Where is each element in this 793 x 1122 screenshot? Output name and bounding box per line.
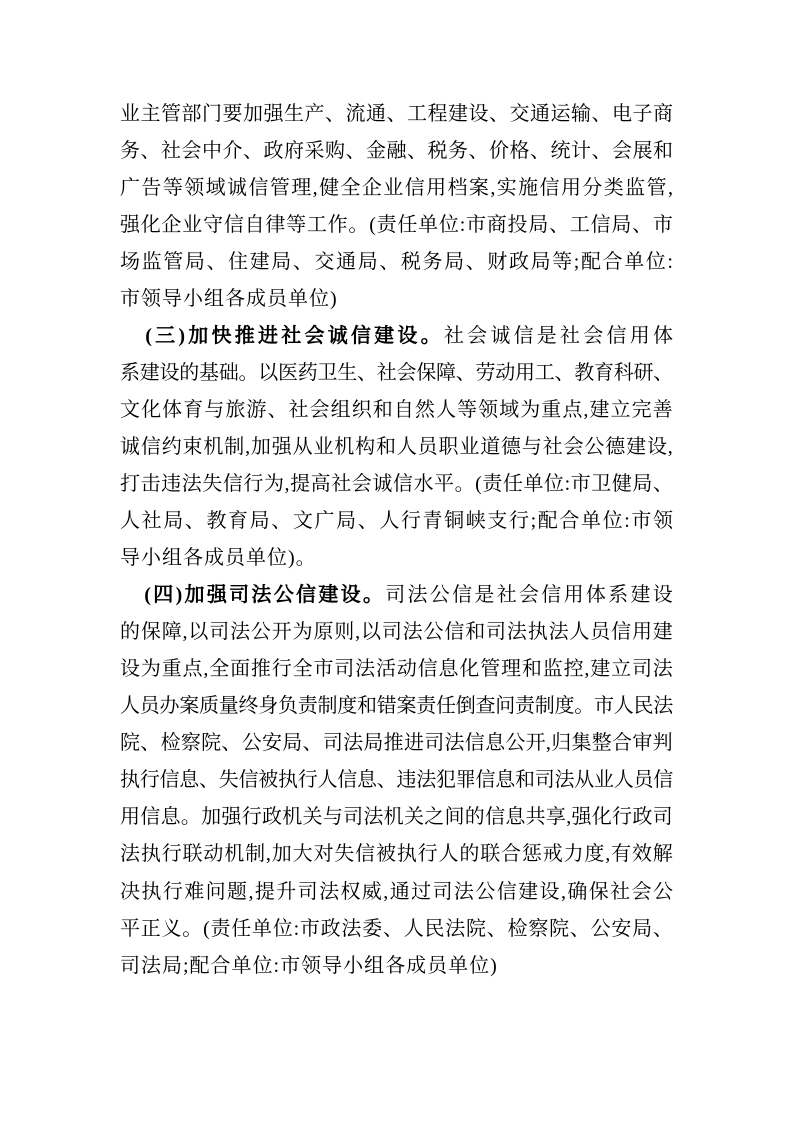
text-segment: 市领导小组各成员单位) — [120, 289, 338, 309]
paragraph-judicial-credibility-line-5: 院、检察院、公安局、司法局推进司法信息公开,归集整合审判 — [120, 725, 673, 762]
first-line-indent — [120, 595, 142, 596]
paragraph-judicial-credibility-line-1: (四)加强司法公信建设。司法公信是社会信用体系建设 — [120, 577, 673, 614]
paragraph-industry-credit-continuation-line-3: 广告等领域诚信管理,健全企业信用档案,实施信用分类监管, — [120, 169, 673, 206]
paragraph-judicial-credibility-line-11: 司法局;配合单位:市领导小组各成员单位) — [120, 947, 673, 984]
paragraph-judicial-credibility-line-4: 人员办案质量终身负责制度和错案责任倒查问责制度。市人民法 — [120, 688, 673, 725]
paragraph-judicial-credibility-line-9: 决执行难问题,提升司法权威,通过司法公信建设,确保社会公 — [120, 873, 673, 910]
text-segment: 导小组各成员单位)。 — [120, 548, 317, 568]
first-line-indent — [120, 335, 142, 336]
paragraph-industry-credit-continuation-line-4: 强化企业守信自律等工作。(责任单位:市商投局、工信局、市 — [120, 206, 673, 243]
paragraph-judicial-credibility-line-6: 执行信息、失信被执行人信息、违法犯罪信息和司法从业人员信 — [120, 762, 673, 799]
paragraph-industry-credit-continuation-line-2: 务、社会中介、政府采购、金融、税务、价格、统计、会展和 — [120, 132, 673, 169]
text-segment: 司法局;配合单位:市领导小组各成员单位) — [120, 956, 498, 976]
paragraph-social-integrity-line-1: (三)加快推进社会诚信建设。社会诚信是社会信用体 — [120, 317, 673, 354]
paragraph-social-integrity-line-3: 文化体育与旅游、社会组织和自然人等领域为重点,建立完善 — [120, 391, 673, 428]
paragraph-judicial-credibility-line-8: 法执行联动机制,加大对失信被执行人的联合惩戒力度,有效解 — [120, 836, 673, 873]
text-block: 业主管部门要加强生产、流通、工程建设、交通运输、电子商务、社会中介、政府采购、金… — [120, 95, 673, 984]
paragraph-industry-credit-continuation-line-5: 场监管局、住建局、交通局、税务局、财政局等;配合单位: — [120, 243, 673, 280]
paragraph-social-integrity-line-5: 打击违法失信行为,提高社会诚信水平。(责任单位:市卫健局、 — [120, 465, 673, 502]
paragraph-social-integrity-line-6: 人社局、教育局、文广局、人行青铜峡支行;配合单位:市领 — [120, 503, 673, 540]
paragraph-judicial-credibility-line-2: 的保障,以司法公开为原则,以司法公信和司法执法人员信用建 — [120, 614, 673, 651]
paragraph-industry-credit-continuation-line-6: 市领导小组各成员单位) — [120, 280, 673, 317]
paragraph-social-integrity-line-4: 诚信约束机制,加强从业机构和人员职业道德与社会公德建设, — [120, 428, 673, 465]
document-page: 业主管部门要加强生产、流通、工程建设、交通运输、电子商务、社会中介、政府采购、金… — [0, 0, 793, 1122]
paragraph-judicial-credibility-line-3: 设为重点,全面推行全市司法活动信息化管理和监控,建立司法 — [120, 651, 673, 688]
paragraph-social-integrity-line-2: 系建设的基础。以医药卫生、社会保障、劳动用工、教育科研、 — [120, 354, 673, 391]
paragraph-industry-credit-continuation-line-1: 业主管部门要加强生产、流通、工程建设、交通运输、电子商 — [120, 95, 673, 132]
paragraph-social-integrity-line-7: 导小组各成员单位)。 — [120, 540, 673, 577]
paragraph-judicial-credibility-line-7: 用信息。加强行政机关与司法机关之间的信息共享,强化行政司 — [120, 799, 673, 836]
paragraph-judicial-credibility-line-10: 平正义。(责任单位:市政法委、人民法院、检察院、公安局、 — [120, 910, 673, 947]
